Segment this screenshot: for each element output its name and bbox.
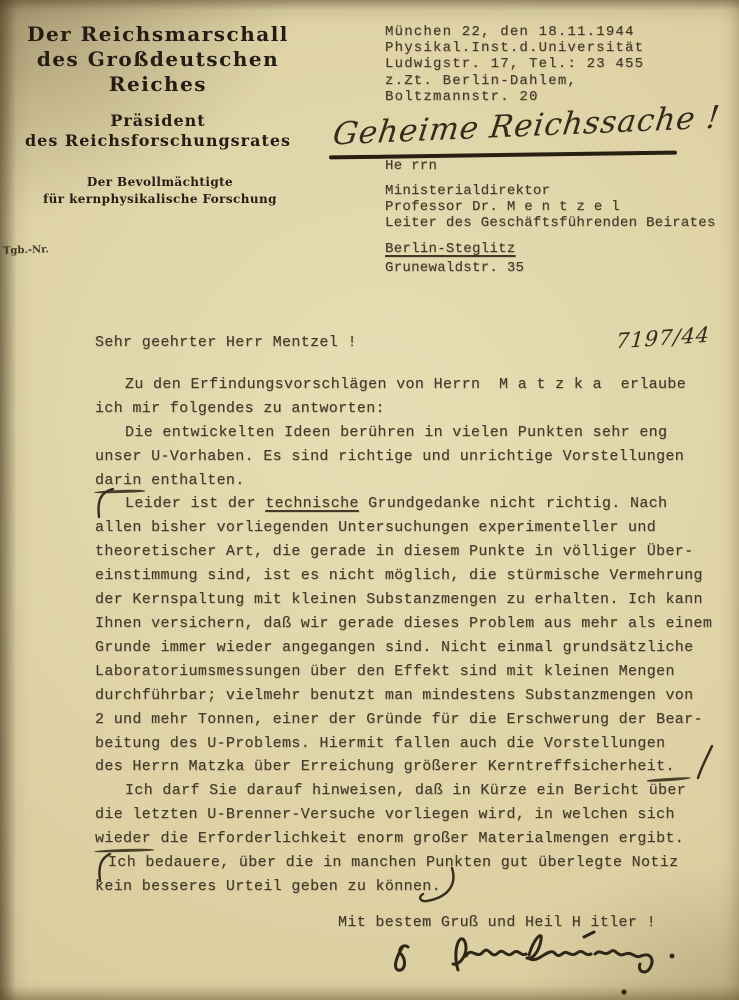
body-line: allen bisher vorliegenden Untersuchungen…	[95, 516, 727, 540]
body-line: durchführbar; vielmehr benutzt man minde…	[95, 684, 727, 708]
body-line: beitung des U-Problems. Hiermit fallen a…	[95, 732, 727, 756]
letterhead: Der Reichsmarschall des Großdeutschen Re…	[8, 22, 308, 151]
body-line-text: Grundgedanke nicht richtig. Nach	[359, 495, 668, 512]
body-line: des Herrn Matzka über Erreichung größere…	[95, 755, 727, 779]
letterhead-title-line1: Der Reichsmarschall	[8, 22, 308, 47]
body-line-text: Leider ist der	[125, 495, 265, 512]
body-line: wieder die Erforderlichkeit enorm großer…	[95, 827, 727, 851]
signature-lower-dot	[621, 989, 626, 994]
body-line: Leider ist der technische Grundgedanke n…	[95, 492, 727, 516]
letterhead-title-line2: des Großdeutschen Reiches	[8, 47, 308, 97]
paragraph-3: Leider ist der technische Grundgedanke n…	[95, 492, 727, 779]
signature-end-dot	[670, 954, 675, 959]
body-line: 2 und mehr Tonnen, einer der Gründe für …	[95, 708, 727, 732]
sender-current-street: Boltzmannstr. 20	[385, 89, 644, 105]
journal-number-label: Tgb.-Nr.	[3, 244, 49, 257]
signature-scrawl-1	[466, 950, 526, 956]
body-line: Grunde immer wieder angegangen sind. Nic…	[95, 636, 727, 660]
body-line: ich mir folgendes zu antworten:	[95, 397, 727, 421]
body-line: der Kernspaltung mit kleinen Substanzmen…	[95, 588, 727, 612]
recipient-salutation: He rrn	[385, 158, 716, 174]
pen-overlined-word: über	[649, 782, 686, 799]
body-line: Zu den Erfindungsvorschlägen von Herrn M…	[95, 373, 727, 397]
handwritten-classification: Geheime Reichssache !	[331, 99, 723, 152]
salutation: Sehr geehrter Herr Mentzel !	[95, 331, 727, 355]
body-line: einstimmung sind, ist es nicht möglich, …	[95, 564, 727, 588]
signature-tall-loop	[527, 936, 541, 959]
pen-underlined-word: wieder	[95, 830, 151, 847]
body-line: unser U-Vorhaben. Es sind richtige und u…	[95, 445, 727, 469]
sender-institute: Physikal.Inst.d.Universität	[385, 40, 644, 56]
sender-current-city: z.Zt. Berlin-Dahlem,	[385, 73, 644, 89]
body-line-text: enthalten.	[142, 472, 245, 489]
recipient-block: He rrn Ministerialdirektor Professor Dr.…	[385, 158, 716, 276]
letterhead-title-line4: des Reichsforschungsrates	[8, 131, 308, 151]
body-line: Ihnen versichern, daß wir gerade dieses …	[95, 612, 727, 636]
paragraph-5: Ich bedauere, über die in manchen Punkte…	[95, 851, 727, 899]
body-line: die letzten U-Brenner-Versuche vorliegen…	[95, 803, 727, 827]
body-line-text: Ich darf Sie darauf hinweisen, daß in Kü…	[125, 782, 649, 799]
paragraph-4: Ich darf Sie darauf hinweisen, daß in Kü…	[95, 779, 727, 851]
recipient-function: Leiter des Geschäftsführenden Beirates	[385, 215, 716, 231]
letterhead-title-line3: Präsident	[8, 111, 308, 131]
recipient-street: Grunewaldstr. 35	[385, 260, 716, 276]
signature-scrawl-3	[595, 951, 652, 972]
body-line: Ich darf Sie darauf hinweisen, daß in Kü…	[95, 779, 727, 803]
signature-accent-mark	[584, 932, 594, 937]
body-line: Ich bedauere, über die in manchen Punkte…	[95, 851, 727, 875]
recipient-title: Ministerialdirektor	[385, 183, 716, 199]
deputy-line1: Der Bevollmächtigte	[40, 174, 280, 191]
signature-handwritten	[372, 926, 712, 998]
body-line: kein besseres Urteil geben zu können.	[95, 875, 727, 899]
body-line-text: die Erforderlichkeit enorm großer Materi…	[151, 830, 684, 847]
date-line: München 22, den 18.11.1944	[385, 24, 644, 40]
signature-initial-mark	[395, 946, 408, 970]
body-line: Laboratoriumsmessungen über den Effekt s…	[95, 660, 727, 684]
body-line: theoretischer Art, die gerade in diesem …	[95, 540, 727, 564]
pen-underlined-word: darin	[95, 472, 142, 489]
deputy-line2: für kernphysikalische Forschung	[40, 191, 280, 208]
signature-scrawl-2	[530, 951, 591, 959]
body-line: Die entwickelten Ideen berühren in viele…	[95, 421, 727, 445]
letter-scan-page: Der Reichsmarschall des Großdeutschen Re…	[0, 0, 739, 1000]
recipient-city: Berlin-Steglitz	[385, 241, 716, 257]
deputy-designation: Der Bevollmächtigte für kernphysikalisch…	[40, 174, 280, 209]
paragraph-2: Die entwickelten Ideen berühren in viele…	[95, 421, 727, 493]
recipient-name: Professor Dr. M e n t z e l	[385, 199, 716, 215]
sender-address-block: München 22, den 18.11.1944 Physikal.Inst…	[385, 24, 644, 105]
letter-body: Sehr geehrter Herr Mentzel ! Zu den Erfi…	[95, 331, 727, 899]
paragraph-1: Zu den Erfindungsvorschlägen von Herrn M…	[95, 373, 727, 421]
body-line: darin enthalten.	[95, 469, 727, 493]
signature-opening-loop	[453, 939, 466, 970]
typed-underlined-word: technische	[265, 495, 359, 512]
sender-street: Ludwigstr. 17, Tel.: 23 455	[385, 56, 644, 72]
